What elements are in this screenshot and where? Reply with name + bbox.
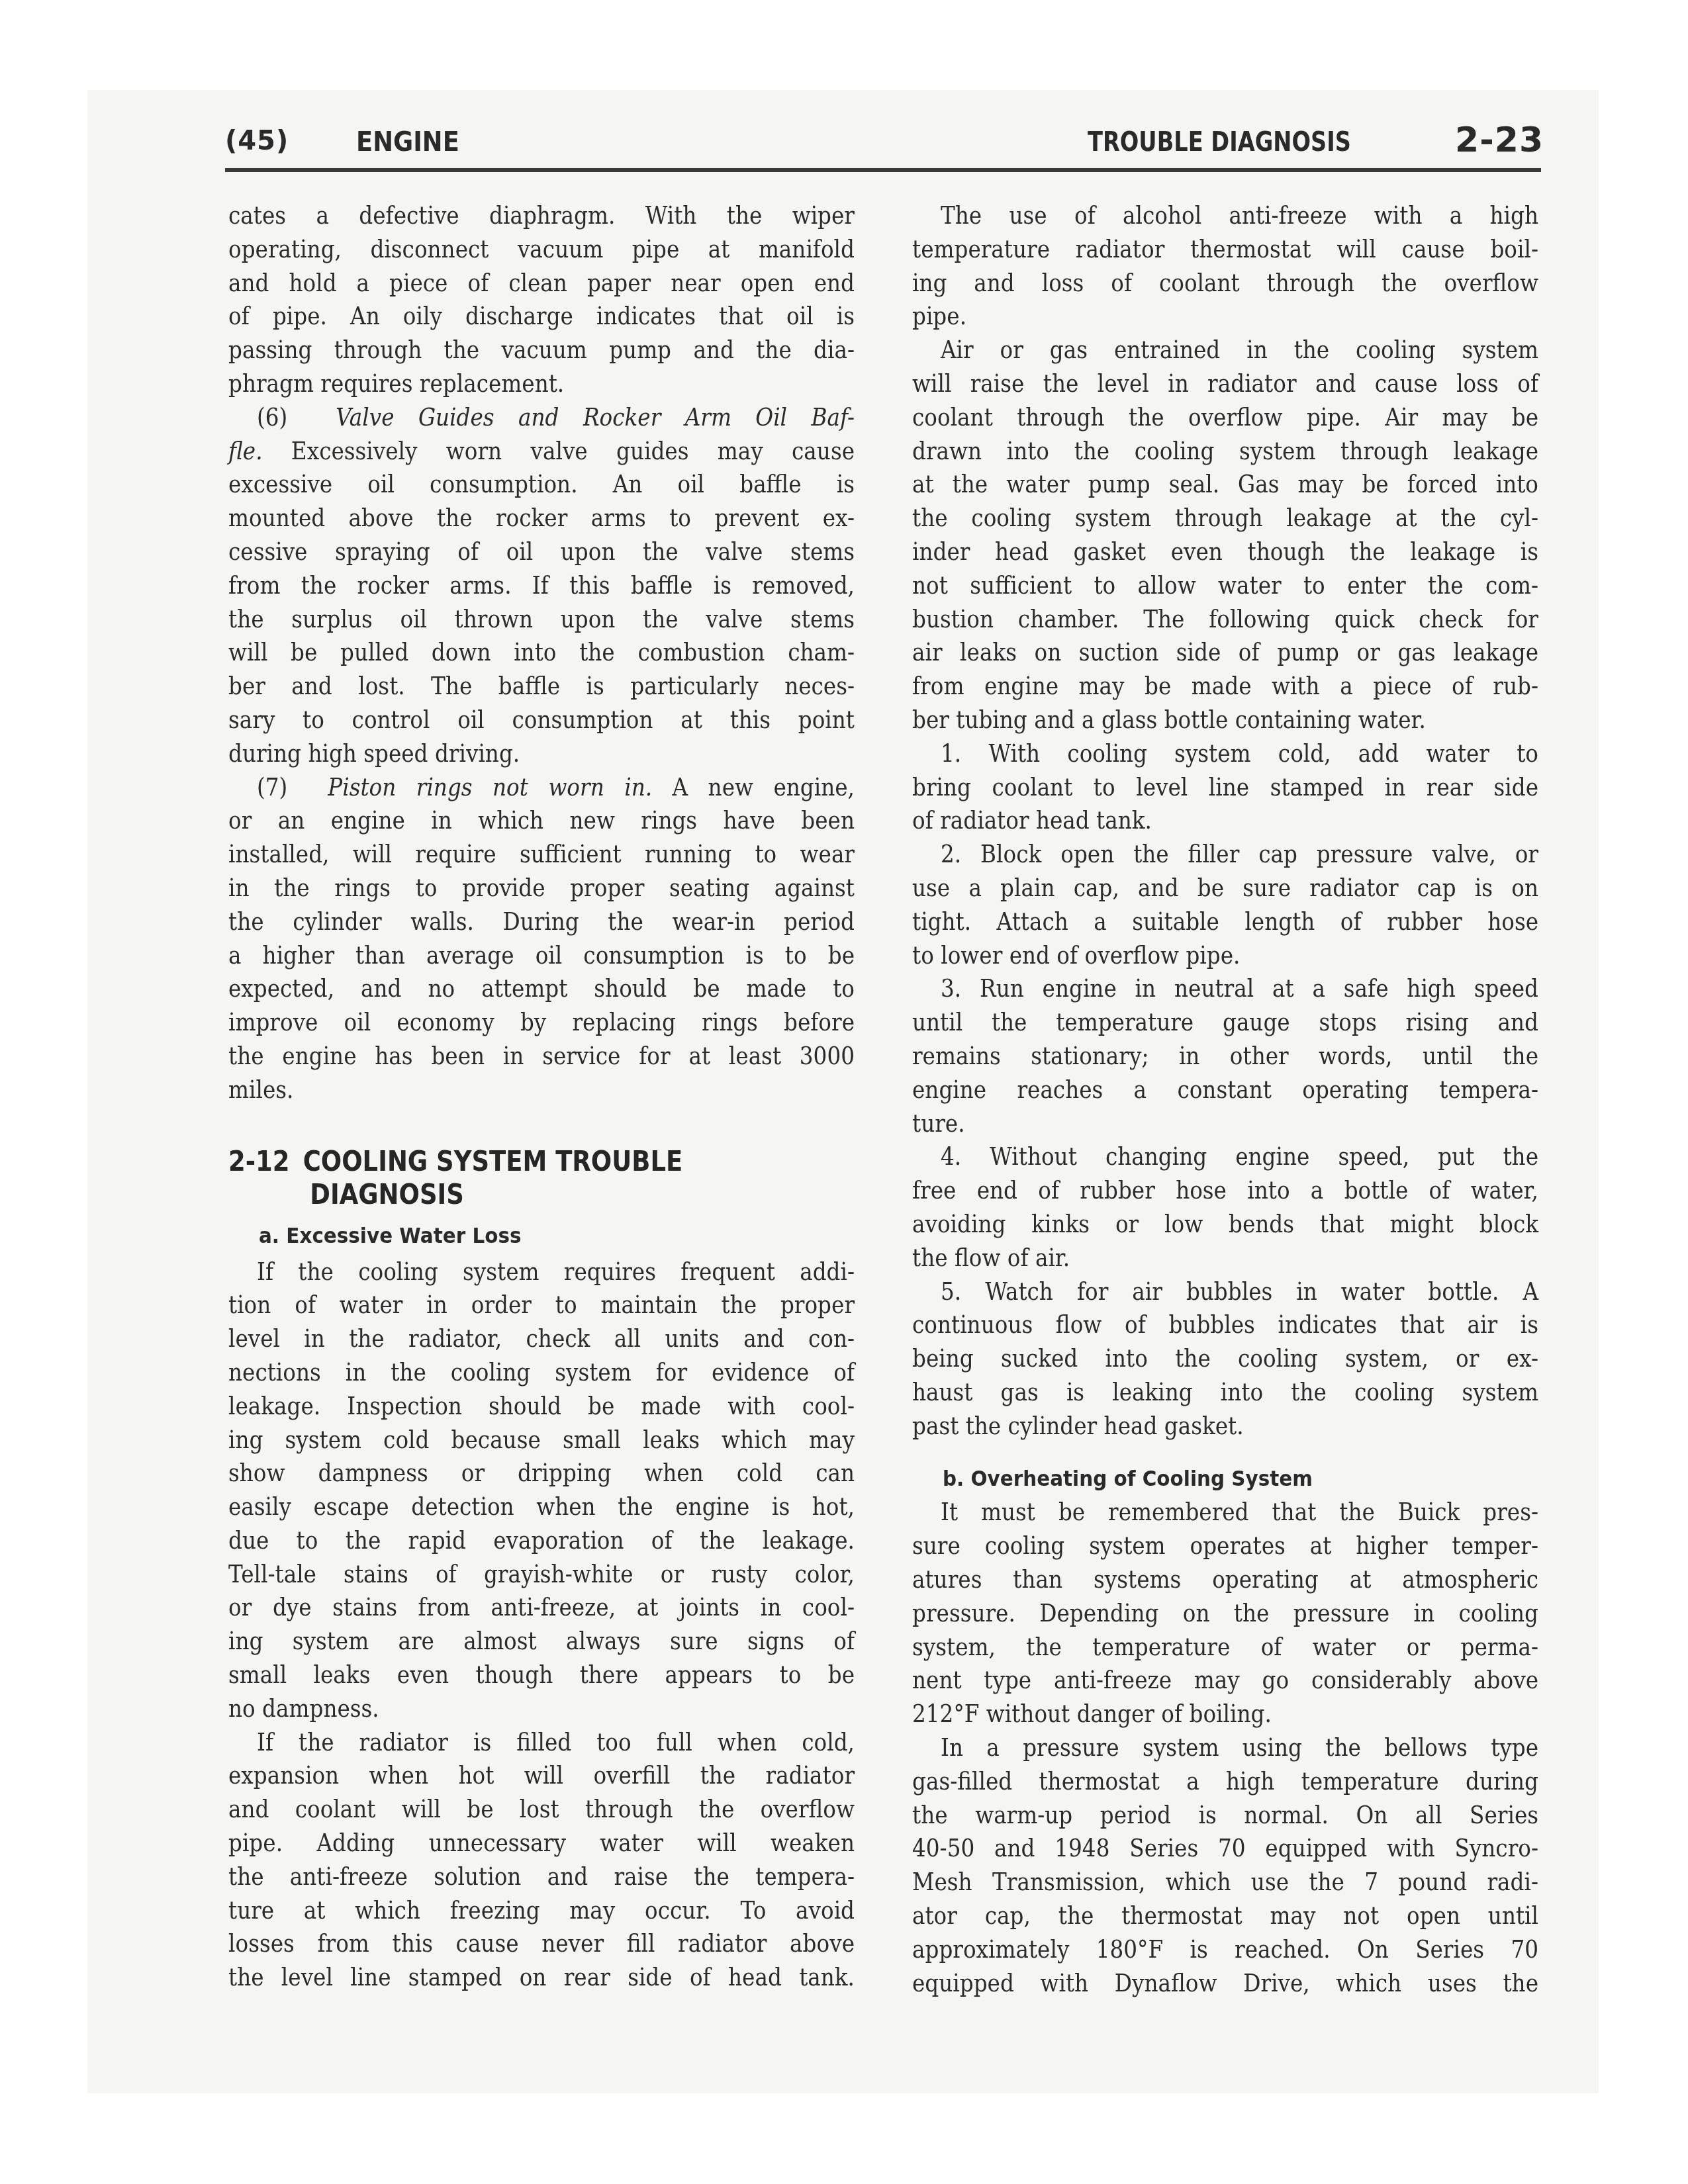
step-5: 5. Watch for air bubbles in water bottle… <box>912 1275 1541 1443</box>
text-line: the cooling system through leakage at th… <box>912 501 1538 535</box>
text-line: tion of water in order to maintain the p… <box>228 1288 855 1322</box>
text-line: until the temperature gauge stops rising… <box>912 1005 1538 1039</box>
subsection-heading-b: b. Overheating of Cooling System <box>912 1462 1491 1495</box>
item-number: (7) <box>257 772 287 801</box>
text-line: the level line stamped on rear side of h… <box>228 1960 855 1994</box>
text-line: In a pressure system using the bellows t… <box>912 1731 1538 1764</box>
text-line: continuous flow of bubbles indicates tha… <box>912 1308 1538 1342</box>
text-line: avoiding kinks or low bends that might b… <box>912 1207 1538 1241</box>
paragraph-bellows-thermostat: In a pressure system using the bellows t… <box>912 1731 1541 1999</box>
text-line: Air or gas entrained in the cooling syst… <box>912 333 1538 367</box>
paragraph-diaphragm: cates a defective diaphragm. With the wi… <box>228 199 857 400</box>
text-line: small leaks even though there appears to… <box>228 1658 855 1692</box>
text-line: 1. With cooling system cold, add water t… <box>912 737 1538 770</box>
text-line: If the cooling system requires frequent … <box>228 1255 855 1289</box>
text-line: air leaks on suction side of pump or gas… <box>912 635 1538 669</box>
text-line: If the radiator is filled too full when … <box>228 1725 855 1759</box>
text-line: system, the temperature of water or perm… <box>912 1630 1538 1664</box>
text-line: atures than systems operating at atmosph… <box>912 1563 1538 1596</box>
paragraph-air-gas: Air or gas entrained in the cooling syst… <box>912 333 1541 737</box>
section-heading-line: DIAGNOSIS <box>228 1178 782 1211</box>
spacer <box>228 1107 857 1145</box>
text-line: cessive spraying of oil upon the valve s… <box>228 535 855 569</box>
text-line: ing and loss of coolant through the over… <box>912 266 1538 300</box>
text-line: and hold a piece of clean paper near ope… <box>228 266 855 300</box>
header-rule <box>225 168 1541 172</box>
section-heading-2-12: 2-12COOLING SYSTEM TROUBLE DIAGNOSIS <box>228 1145 857 1211</box>
text-line: 5. Watch for air bubbles in water bottle… <box>912 1275 1538 1308</box>
text-line: temperature radiator thermostat will cau… <box>912 232 1538 266</box>
item-title: Piston rings not worn in. <box>328 772 652 801</box>
text-line: ture at which freezing may occur. To avo… <box>228 1893 855 1927</box>
text-line: haust gas is leaking into the cooling sy… <box>912 1375 1538 1409</box>
text-line: due to the rapid evaporation of the leak… <box>228 1524 855 1557</box>
text-line: ing system are almost always sure signs … <box>228 1624 855 1658</box>
text-line: the cylinder walls. During the wear-in p… <box>228 905 855 938</box>
text-line: will raise the level in radiator and cau… <box>912 367 1538 400</box>
text-line: no dampness. <box>228 1692 855 1725</box>
section-title: TROUBLE DIAGNOSIS <box>1088 127 1351 158</box>
text-line: pressure. Depending on the pressure in c… <box>912 1596 1538 1630</box>
text-line: installed, will require sufficient runni… <box>228 837 855 871</box>
text-line: show dampness or dripping when cold can <box>228 1456 855 1490</box>
text-line: fle. Excessively worn valve guides may c… <box>228 434 855 468</box>
text-line: the engine has been in service for at le… <box>228 1039 855 1073</box>
text-line: losses from this cause never fill radiat… <box>228 1927 855 1960</box>
text-line: 40-50 and 1948 Series 70 equipped with S… <box>912 1831 1538 1865</box>
text-line: excessive oil consumption. An oil baffle… <box>228 467 855 501</box>
chapter-title: ENGINE <box>356 127 459 158</box>
text-line: easily escape detection when the engine … <box>228 1490 855 1524</box>
text-line: inder head gasket even though the leakag… <box>912 535 1538 569</box>
left-column: cates a defective diaphragm. With the wi… <box>228 199 857 1994</box>
text-line: engine reaches a constant operating temp… <box>912 1073 1538 1107</box>
text-line: phragm requires replacement. <box>228 367 855 400</box>
text-line: a higher than average oil consumption is… <box>228 938 855 972</box>
text-line: level in the radiator, check all units a… <box>228 1322 855 1355</box>
text-line: coolant through the overflow pipe. Air m… <box>912 400 1538 434</box>
page-reference: (45) <box>225 126 289 156</box>
text-line: It must be remembered that the Buick pre… <box>912 1495 1538 1529</box>
text-line: the surplus oil thrown upon the valve st… <box>228 602 855 636</box>
text-line: and coolant will be lost through the ove… <box>228 1792 855 1826</box>
paragraph-overfill: If the radiator is filled too full when … <box>228 1725 857 1994</box>
text-line: bring coolant to level line stamped in r… <box>912 770 1538 804</box>
item-title-continued: fle. <box>228 436 263 465</box>
text-line: from engine may be made with a piece of … <box>912 669 1538 703</box>
text-line: ator cap, the thermostat may not open un… <box>912 1899 1538 1933</box>
text-line: to lower end of overflow pipe. <box>912 938 1538 972</box>
step-2: 2. Block open the filler cap pressure va… <box>912 837 1541 972</box>
text-line: the anti-freeze solution and raise the t… <box>228 1860 855 1893</box>
text-line: approximately 180°F is reached. On Serie… <box>912 1933 1538 1966</box>
step-1: 1. With cooling system cold, add water t… <box>912 737 1541 837</box>
paragraph-alcohol-antifreeze: The use of alcohol anti-freeze with a hi… <box>912 199 1541 333</box>
page-number: 2-23 <box>1455 120 1544 160</box>
text-line: leakage. Inspection should be made with … <box>228 1389 855 1423</box>
item-heading: (6) Valve Guides and Rocker Arm Oil Baf- <box>228 400 855 434</box>
text-line: nections in the cooling system for evide… <box>228 1355 855 1389</box>
text-line: pipe. Adding unnecessary water will weak… <box>228 1826 855 1860</box>
text-line: passing through the vacuum pump and the … <box>228 333 855 367</box>
text-line: ture. <box>912 1107 1538 1140</box>
text-line: sure cooling system operates at higher t… <box>912 1529 1538 1563</box>
spacer <box>912 1442 1541 1462</box>
text-line: mounted above the rocker arms to prevent… <box>228 501 855 535</box>
text-line: ber tubing and a glass bottle containing… <box>912 703 1538 737</box>
paragraph-water-loss: If the cooling system requires frequent … <box>228 1255 857 1725</box>
text-line: the flow of air. <box>912 1241 1538 1275</box>
text-line: equipped with Dynaflow Drive, which uses… <box>912 1966 1538 2000</box>
text-line: operating, disconnect vacuum pipe at man… <box>228 232 855 266</box>
text-line: past the cylinder head gasket. <box>912 1409 1538 1443</box>
text-line: 212°F without danger of boiling. <box>912 1697 1538 1731</box>
text-line: during high speed driving. <box>228 737 855 770</box>
subsection-heading-a: a. Excessive Water Loss <box>228 1219 807 1252</box>
text-line: miles. <box>228 1073 855 1107</box>
text-line: will be pulled down into the combustion … <box>228 635 855 669</box>
text-line: being sucked into the cooling system, or… <box>912 1342 1538 1375</box>
text-line: cates a defective diaphragm. With the wi… <box>228 199 855 232</box>
text-line: expansion when hot will overfill the rad… <box>228 1758 855 1792</box>
text-line: ber and lost. The baffle is particularly… <box>228 669 855 703</box>
text-line: use a plain cap, and be sure radiator ca… <box>912 871 1538 905</box>
text-line: The use of alcohol anti-freeze with a hi… <box>912 199 1538 232</box>
text-line: or an engine in which new rings have bee… <box>228 803 855 837</box>
text-line: sary to control oil consumption at this … <box>228 703 855 737</box>
text-line: at the water pump seal. Gas may be force… <box>912 467 1538 501</box>
section-heading-line: 2-12COOLING SYSTEM TROUBLE <box>228 1145 782 1178</box>
text-line: Mesh Transmission, which use the 7 pound… <box>912 1865 1538 1899</box>
text-line: tight. Attach a suitable length of rubbe… <box>912 905 1538 938</box>
step-4: 4. Without changing engine speed, put th… <box>912 1140 1541 1274</box>
text-line: expected, and no attempt should be made … <box>228 972 855 1005</box>
step-3: 3. Run engine in neutral at a safe high … <box>912 972 1541 1140</box>
text-line: from the rocker arms. If this baffle is … <box>228 569 855 602</box>
text-line: Tell-tale stains of grayish-white or rus… <box>228 1557 855 1591</box>
text-line: 4. Without changing engine speed, put th… <box>912 1140 1538 1173</box>
text-line: not sufficient to allow water to enter t… <box>912 569 1538 602</box>
item-number: (6) <box>257 402 287 432</box>
right-column: The use of alcohol anti-freeze with a hi… <box>912 199 1541 1999</box>
text-line: of radiator head tank. <box>912 803 1538 837</box>
text-line: improve oil economy by replacing rings b… <box>228 1005 855 1039</box>
paragraph-pressure-system: It must be remembered that the Buick pre… <box>912 1495 1541 1731</box>
item-title: Valve Guides and Rocker Arm Oil Baf- <box>336 402 855 432</box>
item-heading: (7) Piston rings not worn in. A new engi… <box>228 770 855 804</box>
text-line: nent type anti-freeze may go considerabl… <box>912 1663 1538 1697</box>
text-line: 3. Run engine in neutral at a safe high … <box>912 972 1538 1005</box>
text-line: gas-filled thermostat a high temperature… <box>912 1764 1538 1798</box>
text-line: drawn into the cooling system through le… <box>912 434 1538 468</box>
section-number: 2-12 <box>228 1145 303 1178</box>
text-line: or dye stains from anti-freeze, at joint… <box>228 1590 855 1624</box>
text-line: in the rings to provide proper seating a… <box>228 871 855 905</box>
text-line: pipe. <box>912 299 1538 333</box>
text-line: free end of rubber hose into a bottle of… <box>912 1173 1538 1207</box>
spacer <box>228 1211 857 1219</box>
text-line: bustion chamber. The following quick che… <box>912 602 1538 636</box>
text-line: 2. Block open the filler cap pressure va… <box>912 837 1538 871</box>
item-7-piston-rings: (7) Piston rings not worn in. A new engi… <box>228 770 857 1107</box>
text-line: remains stationary; in other words, unti… <box>912 1039 1538 1073</box>
text-line: of pipe. An oily discharge indicates tha… <box>228 299 855 333</box>
text-line: ing system cold because small leaks whic… <box>228 1423 855 1457</box>
item-6-valve-guides: (6) Valve Guides and Rocker Arm Oil Baf-… <box>228 400 857 770</box>
text-line: the warm-up period is normal. On all Ser… <box>912 1798 1538 1832</box>
